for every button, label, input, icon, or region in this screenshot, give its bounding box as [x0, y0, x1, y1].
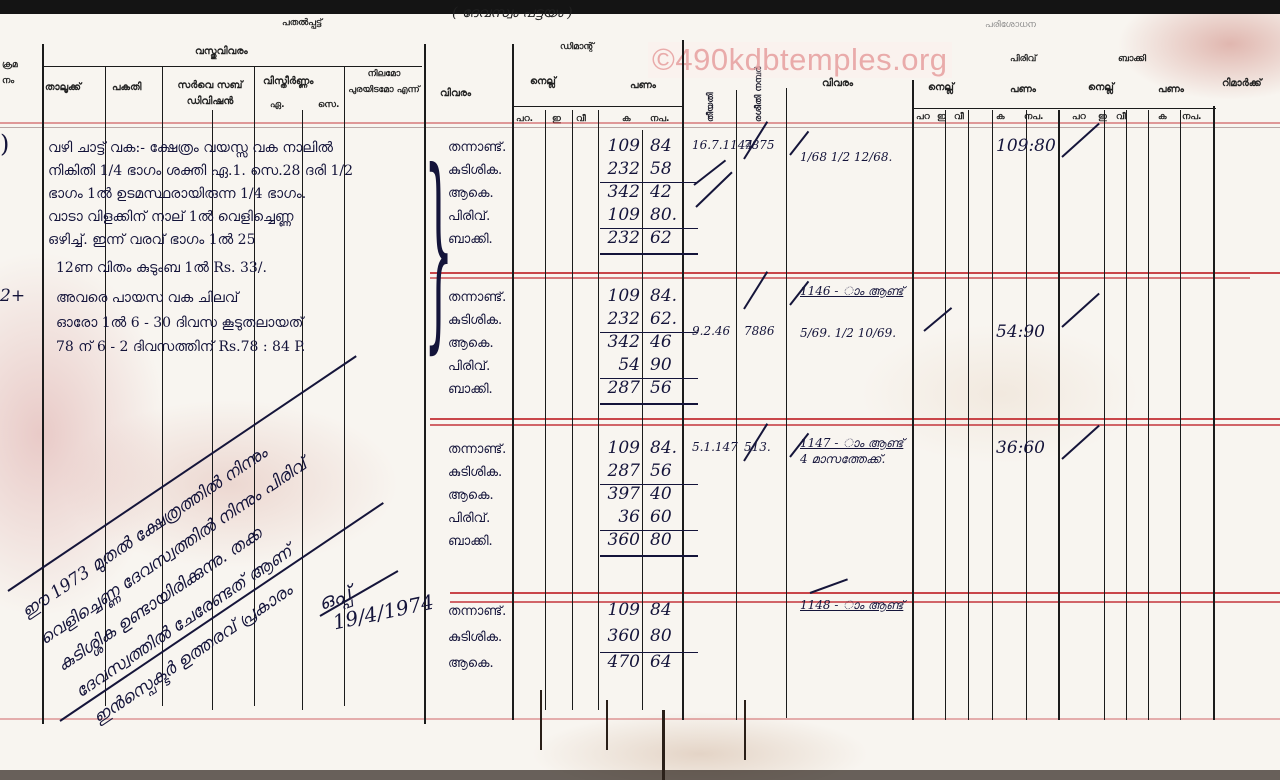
amount-rupees: 54	[602, 355, 640, 375]
row-separator-1	[430, 272, 1280, 274]
column-rule	[512, 44, 514, 720]
rule	[0, 127, 1280, 128]
description-line: ഒഴിച്ച്. ഇന്ന് വരവ് ഭാഗം 1ൽ 25	[48, 232, 255, 248]
amount-rupees: 232	[602, 309, 640, 329]
row-label: തന്നാണ്ട്.	[448, 140, 506, 155]
total-double-line	[600, 555, 698, 557]
header-demand-money: പണം	[630, 80, 656, 91]
column-rule	[682, 40, 684, 720]
sum-line	[600, 228, 698, 229]
header-description: വിവരം	[440, 88, 471, 99]
description-line: 12ണ വിതം കുടുംബ 1ൽ Rs. 33/.	[56, 260, 267, 276]
amount-rupees: 360	[602, 530, 640, 550]
row-label: ബാക്കി.	[448, 534, 493, 549]
amount-rupees: 109	[602, 438, 640, 458]
sum-line	[600, 652, 698, 653]
row-label: തന്നാണ്ട്.	[448, 290, 506, 305]
unit-r3: വീ	[954, 112, 964, 122]
row-label: തന്നാണ്ട്.	[448, 442, 506, 457]
sum-line	[600, 484, 698, 485]
amount-rupees: 109	[602, 600, 640, 620]
header-collection: പിരിവ്	[1010, 54, 1036, 64]
amount-paise: 90	[650, 355, 672, 375]
remark-period: 4 മാസത്തേക്ക്.	[800, 452, 885, 467]
collection-amount: 109:80	[996, 136, 1056, 156]
header-land-type: നിലമോ പുരയിടമോ എന്ന്	[346, 66, 422, 98]
row-label: ബാക്കി.	[448, 232, 493, 247]
amount-rupees: 36	[602, 507, 640, 527]
margin-mark-2: 2+	[0, 286, 25, 306]
row-label: കുടിശിക.	[448, 313, 502, 328]
header-balance-paddy: നെല്ല്	[1088, 82, 1114, 93]
column-rule	[912, 80, 914, 720]
collection-amount: 54:90	[996, 322, 1045, 342]
rule	[512, 106, 682, 107]
amount-paise: 62	[650, 228, 672, 248]
remark-year: 1148 - ാം ആണ്ട്	[800, 598, 903, 613]
amount-paise: 84.	[650, 286, 677, 306]
description-line: വാടാ വിളക്കിന് നാല് 1ൽ വെളിച്ചെണ്ണ	[48, 209, 294, 225]
description-line: ഭാഗം 1ൽ ഉടമസ്ഥരായിരുന്ന 1/4 ഭാഗം.	[48, 186, 306, 202]
description-line: അവരെ പായസ വക ചിലവ്	[56, 290, 238, 306]
amount-paise: 58	[650, 159, 672, 179]
column-rule	[1058, 110, 1060, 720]
amount-paise: 46	[650, 332, 672, 352]
remark-period: 1/68 1/2 12/68.	[800, 150, 892, 164]
column-rule	[1180, 110, 1181, 720]
header-taluk: താലൂക്ക്	[45, 82, 81, 93]
tear-mark	[540, 690, 542, 750]
unit-r9: ക	[1158, 112, 1167, 122]
column-rule	[598, 110, 599, 710]
amount-paise: 42	[650, 182, 672, 202]
sum-line	[600, 378, 698, 379]
sum-line	[600, 332, 698, 333]
unit-r6: പറ	[1072, 112, 1086, 122]
row-label: പിരിവ്.	[448, 511, 490, 526]
description-line: വഴി ചാട്ട് വക:- ക്ഷേത്രം വയസ്സ വക നാലിൽ	[48, 140, 333, 156]
remark-year: 1146 - ാം ആണ്ട്	[800, 284, 903, 299]
unit-r10: നപ.	[1182, 112, 1201, 122]
amount-rupees: 232	[602, 228, 640, 248]
row-label: പിരിവ്.	[448, 359, 490, 374]
payment-date: 5.1.147	[692, 440, 738, 454]
description-line: ഓരോ 1ൽ 6 - 30 ദിവസ കൂടുതലായത്	[56, 315, 303, 331]
column-rule	[945, 110, 946, 720]
amount-rupees: 109	[602, 205, 640, 225]
header-village: പകതി	[112, 82, 141, 93]
header-demand: ഡിമാന്റ്	[560, 42, 594, 52]
amount-paise: 40	[650, 484, 672, 504]
column-rule	[642, 130, 643, 710]
row-label: ആകെ.	[448, 336, 494, 351]
column-rule	[736, 90, 737, 720]
remark-period: 5/69. 1/2 10/69.	[800, 326, 896, 340]
rule	[912, 108, 1216, 109]
amount-paise: 80.	[650, 205, 677, 225]
header-remarks: റിമാർക്ക്	[1222, 78, 1262, 89]
tear-mark	[606, 700, 608, 750]
sum-line	[600, 182, 698, 183]
row-label: തന്നാണ്ട്.	[448, 604, 506, 619]
column-rule	[572, 110, 573, 710]
column-rule	[786, 88, 787, 718]
header-faint-text: പരിശോധന	[985, 20, 1036, 30]
unit-r1: പറ	[916, 112, 930, 122]
description-line: 78 ന് 6 - 2 ദിവസത്തിന് Rs.78 : 84 P.	[56, 339, 305, 355]
header-balance: ബാക്കി	[1118, 54, 1146, 64]
unit-r8: വീ	[1116, 112, 1126, 122]
watermark: ©490kdbtemples.org	[648, 42, 952, 78]
row-label: ആകെ.	[448, 488, 494, 503]
header-demand-paddy: നെല്ല്	[530, 76, 556, 87]
row-separator-1b	[430, 277, 1250, 279]
serial-header-1: ക്രമ	[2, 60, 18, 70]
amount-rupees: 287	[602, 378, 640, 398]
amount-rupees: 342	[602, 182, 640, 202]
row-label: ആകെ.	[448, 656, 494, 671]
description-line: നികിതി 1/4 ഭാഗം ശക്തി ഏ.1. സെ.28 ദരി 1/2	[48, 163, 353, 179]
amount-rupees: 287	[602, 461, 640, 481]
payment-date: 9.2.46	[692, 324, 730, 338]
column-rule	[1104, 110, 1105, 720]
collection-amount: 36:60	[996, 438, 1045, 458]
amount-rupees: 360	[602, 626, 640, 646]
header-extent: വിസ്തീർണ്ണം	[263, 76, 313, 87]
total-double-line	[600, 403, 698, 405]
tear-mark	[744, 700, 746, 760]
header-collection-paddy: നെല്ല്	[928, 82, 954, 93]
rule	[42, 66, 422, 67]
row-label: ബാക്കി.	[448, 382, 493, 397]
row-label: കുടിശിക.	[448, 630, 502, 645]
header-extent-cent: സെ.	[318, 100, 339, 110]
row-separator-3	[450, 592, 1280, 594]
amount-paise: 84.	[650, 438, 677, 458]
row-separator-2	[430, 418, 1280, 420]
header-extent-acre: ഏ.	[270, 100, 285, 110]
amount-paise: 64	[650, 652, 672, 672]
row-label: പിരിവ്.	[448, 209, 490, 224]
amount-paise: 60	[650, 507, 672, 527]
row-label: കുടിശിക.	[448, 465, 502, 480]
header-balance-money: പണം	[1158, 84, 1184, 95]
row-separator-2b	[430, 424, 1280, 426]
header-register-name: പതൽപ്പട്ട്	[282, 18, 322, 28]
row-label: ആകെ.	[448, 186, 494, 201]
header-red-rule	[0, 122, 1280, 124]
remark-year: 1147 - ാം ആണ്ട്	[800, 436, 903, 451]
bottom-edge	[0, 770, 1280, 780]
unit-r4: ക	[996, 112, 1005, 122]
column-rule	[1126, 110, 1127, 720]
amount-paise: 84	[650, 136, 672, 156]
amount-paise: 56	[650, 461, 672, 481]
amount-paise: 80	[650, 626, 672, 646]
column-rule	[992, 110, 993, 720]
receipt-number: 7886	[744, 324, 775, 338]
header-collection-money: പണം	[1010, 84, 1036, 95]
total-double-line	[600, 253, 698, 255]
amount-rupees: 109	[602, 286, 640, 306]
column-rule	[545, 110, 546, 710]
amount-rupees: 397	[602, 484, 640, 504]
margin-mark-1: )	[0, 130, 9, 158]
header-property-details: വസ്തുവിവരം	[195, 46, 248, 57]
amount-paise: 84	[650, 600, 672, 620]
amount-paise: 56	[650, 378, 672, 398]
amount-rupees: 470	[602, 652, 640, 672]
column-rule	[1213, 106, 1215, 720]
amount-rupees: 109	[602, 136, 640, 156]
column-rule	[1026, 110, 1027, 720]
bottom-red-rule	[0, 718, 1280, 720]
amount-paise: 80	[650, 530, 672, 550]
amount-rupees: 232	[602, 159, 640, 179]
header-description-2: വിവരം	[822, 78, 853, 89]
serial-header-2: നം	[2, 76, 14, 86]
amount-paise: 62.	[650, 309, 677, 329]
row-label: കുടിശിക.	[448, 163, 502, 178]
column-rule	[968, 110, 969, 720]
column-rule	[1148, 110, 1149, 720]
header-document-title: ( ദേവസ്വം പട്ടയം )	[452, 5, 573, 21]
header-survey-subdivision: സർവെ സബ് ഡിവിഷൻ	[165, 78, 255, 110]
unit-r7: ഇ	[1098, 112, 1107, 122]
sum-line	[600, 530, 698, 531]
amount-rupees: 342	[602, 332, 640, 352]
